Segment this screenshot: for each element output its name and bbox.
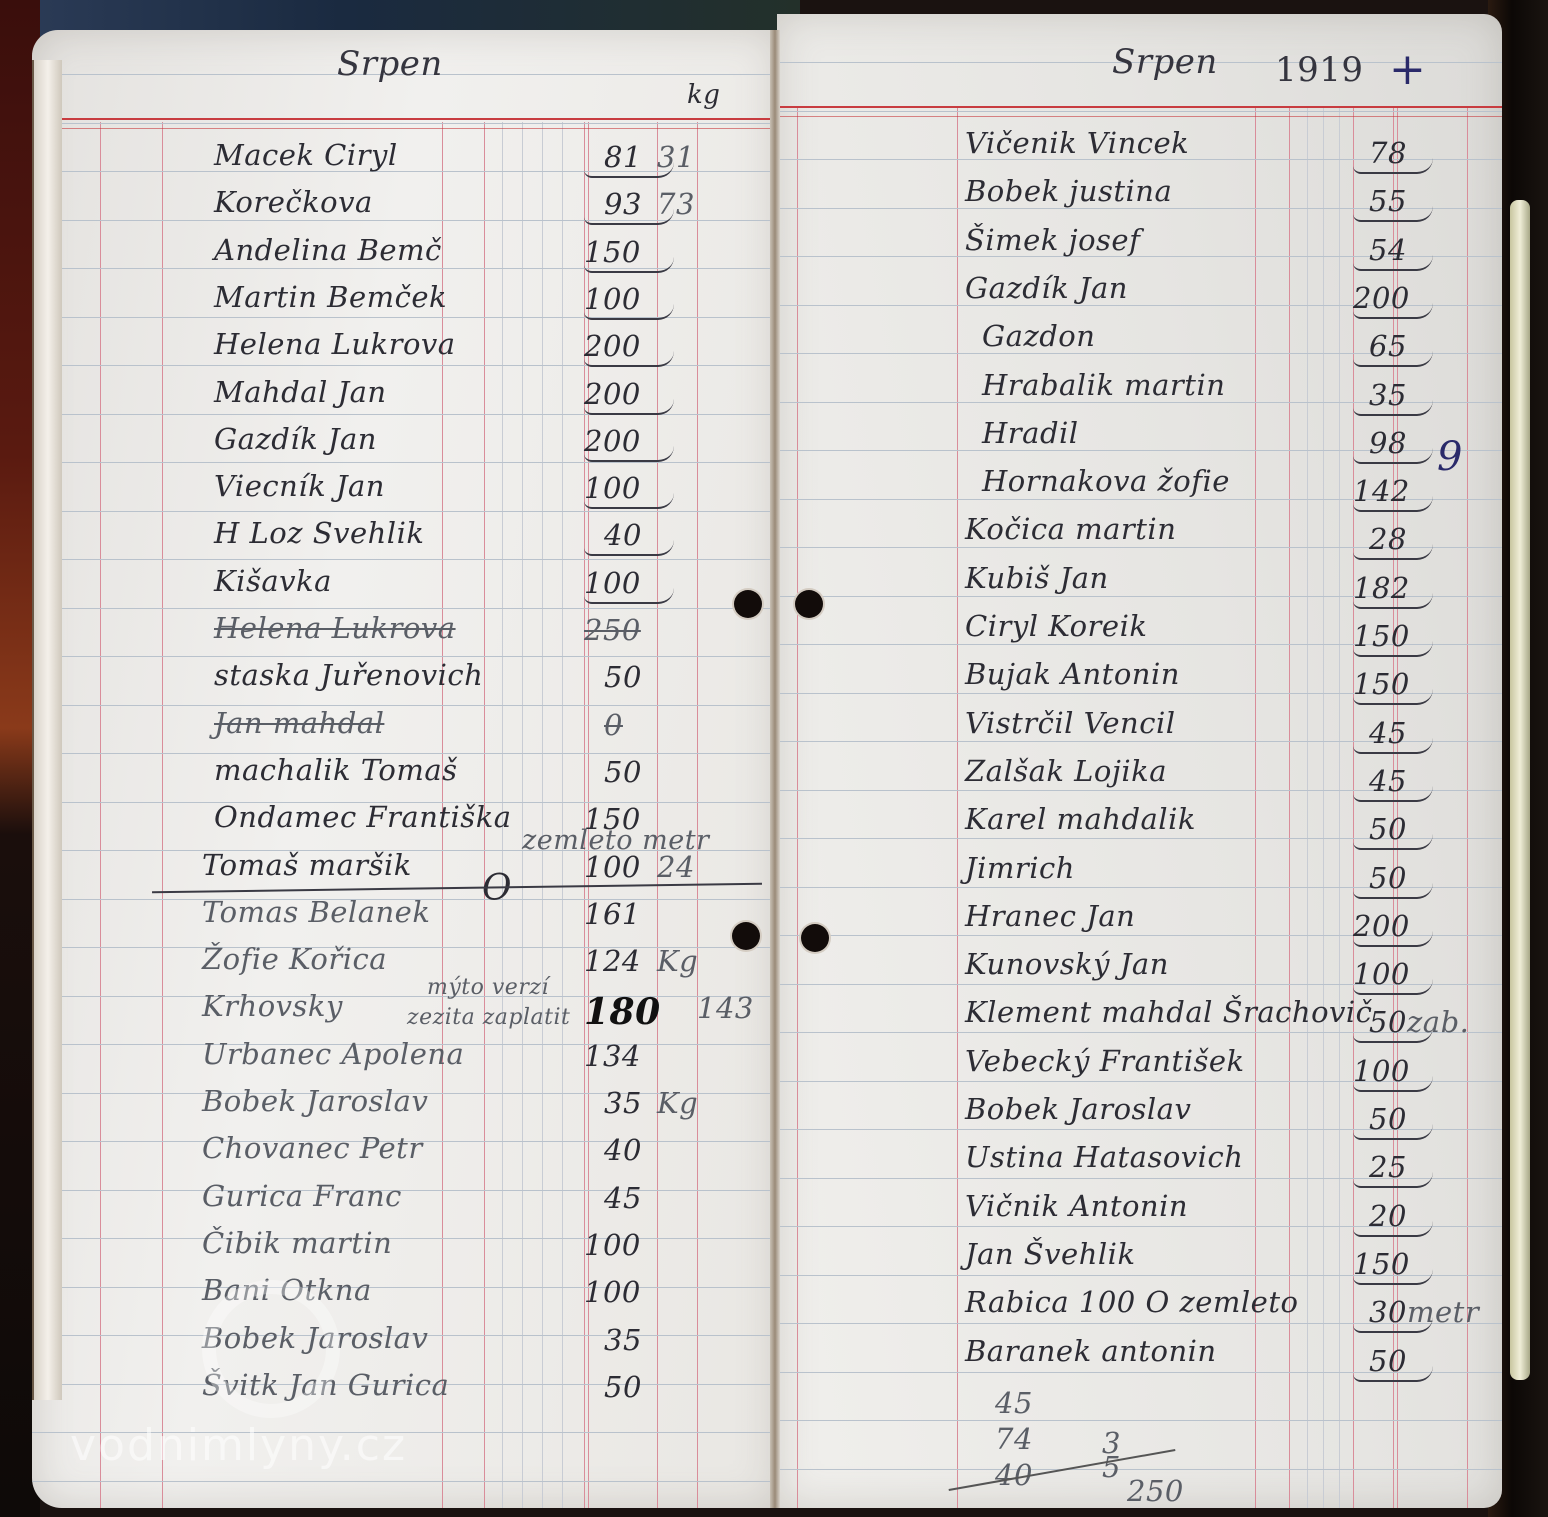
entry-amount: 35 <box>604 1323 642 1357</box>
entry-name: Rabica 100 O zemleto <box>965 1285 1298 1319</box>
entry-name: Žofie Kořica <box>202 942 387 976</box>
entry-amount: 50 <box>604 755 642 789</box>
amount-swash <box>1353 786 1433 802</box>
ruled-line <box>32 123 777 124</box>
ledger-page-right: Srpen 1919 + Vičenik Vincek78Bobek justi… <box>777 14 1502 1508</box>
amount-swash <box>1353 448 1433 464</box>
entry-name: Vičnik Antonin <box>965 1189 1188 1223</box>
entry-amount: 35 <box>604 1086 642 1120</box>
header-red-rule-thin <box>32 128 777 129</box>
amount-swash <box>1353 1366 1433 1382</box>
tally-number: 45 <box>995 1386 1033 1420</box>
entry-name: Macek Ciryl <box>214 138 398 172</box>
amount-swash <box>1353 979 1433 995</box>
amount-swash <box>1353 738 1433 754</box>
tally-number: 5 <box>1102 1450 1121 1484</box>
entry-name: Helena Lukrova <box>214 327 456 361</box>
entry-name: Kunovský Jan <box>965 947 1169 981</box>
watermark-text: vodnimlyny.cz <box>70 1420 407 1471</box>
right-page-year: 1919 <box>1275 50 1364 90</box>
column-rule <box>162 122 163 1508</box>
entry-amount: 100 <box>584 1228 641 1262</box>
amount-swash <box>1353 883 1433 899</box>
ruled-line <box>32 656 777 657</box>
entry-amount: 100 <box>584 1275 641 1309</box>
entry-name: Čibik martin <box>202 1226 392 1260</box>
entry-name: Klement mahdal Šrachovič <box>965 995 1372 1029</box>
amount-swash <box>1353 158 1433 174</box>
entry-name: Baranek antonin <box>965 1334 1217 1368</box>
punch-hole <box>801 924 829 952</box>
entry-name: Mahdal Jan <box>214 375 387 409</box>
cross-mark: + <box>1389 44 1426 95</box>
punch-hole <box>732 922 760 950</box>
column-rule <box>1353 106 1354 1508</box>
entry-name: H Loz Svehlik <box>214 516 424 550</box>
amount-swash <box>1353 1076 1433 1092</box>
entry-name: machalik Tomaš <box>214 753 458 787</box>
ruled-line <box>32 1481 777 1482</box>
entry-name: Tomas Belanek <box>202 895 430 929</box>
ruled-line <box>777 111 1502 112</box>
entry-name: Krhovsky <box>202 989 343 1023</box>
entry-amount: 180 <box>584 991 661 1033</box>
entry-name: Vebecký František <box>965 1044 1245 1078</box>
ledger-page-left: Srpen kg Macek Ciryl8131Korečkova9373And… <box>32 30 777 1508</box>
entry-name: Tomaš maršik <box>202 848 412 882</box>
entry-name: Bujak Antonin <box>965 657 1180 691</box>
amount-swash <box>1353 1124 1433 1140</box>
entry-name: Helena Lukrova <box>214 611 456 645</box>
entry-name: Šimek josef <box>965 223 1140 257</box>
bracket-mark: 9 <box>1437 434 1463 480</box>
ruled-line <box>32 511 777 512</box>
entry-amount: 50 <box>604 660 642 694</box>
entry-name: Ondamec Františka <box>214 800 512 834</box>
entry-name: Jan Švehlik <box>965 1237 1136 1271</box>
punch-hole <box>795 590 823 618</box>
page-fold-edge <box>32 60 62 1400</box>
entry-name: staska Juřenovich <box>214 658 483 692</box>
tally-number: 74 <box>995 1422 1033 1456</box>
amount-swash <box>584 257 674 273</box>
ruled-line <box>32 705 777 706</box>
entry-name: Vistrčil Vencil <box>965 706 1176 740</box>
entry-name: Karel mahdalik <box>965 802 1196 836</box>
amount-swash <box>1353 303 1433 319</box>
column-rule <box>957 106 958 1508</box>
header-red-rule <box>32 118 777 120</box>
ruled-line <box>32 1238 777 1239</box>
entry-name: Urbanec Apolena <box>202 1037 464 1071</box>
bookmark-strip <box>1510 200 1530 1380</box>
entry-extra: 73 <box>657 187 695 221</box>
entry-name: Hornakova žofie <box>982 464 1230 498</box>
column-subrule <box>542 122 543 1508</box>
ruled-line <box>32 1190 777 1191</box>
entry-name: Zalšak Lojika <box>965 754 1167 788</box>
header-red-rule <box>777 106 1502 108</box>
amount-swash <box>1353 351 1433 367</box>
entry-amount: 40 <box>604 1133 642 1167</box>
ruled-line <box>32 996 777 997</box>
entry-extra: 143 <box>697 991 754 1025</box>
entry-name: Kočica martin <box>965 512 1176 546</box>
zemleto-annotation: zemleto metr <box>522 825 709 856</box>
column-subrule <box>1323 106 1324 1508</box>
entry-name: Hradil <box>982 416 1079 450</box>
entry-name: Gazdík Jan <box>965 271 1128 305</box>
column-rule <box>100 122 101 1508</box>
ruled-line <box>32 559 777 560</box>
amount-swash <box>584 446 674 462</box>
entry-name: Gazdík Jan <box>214 422 377 456</box>
tally-number: 250 <box>1127 1474 1184 1508</box>
page-gutter <box>770 30 780 1508</box>
amount-swash <box>1353 834 1433 850</box>
entry-name: Korečkova <box>214 185 373 219</box>
entry-name: Bobek justina <box>965 174 1172 208</box>
amount-swash <box>584 351 674 367</box>
krhovsky-note-2: zezita zaplatit <box>407 1005 570 1030</box>
entry-name: Bobek Jaroslav <box>965 1092 1191 1126</box>
column-rule <box>697 122 698 1508</box>
amount-swash <box>584 540 674 556</box>
right-page-month-header: Srpen <box>1112 42 1218 82</box>
entry-note: metr <box>1407 1295 1479 1329</box>
entry-name: Gurica Franc <box>202 1179 402 1213</box>
entry-name: Kišavka <box>214 564 332 598</box>
entry-extra: Kg <box>657 944 698 978</box>
amount-swash <box>1353 593 1433 609</box>
entry-name: Gazdon <box>982 319 1095 353</box>
column-subrule <box>522 122 523 1508</box>
amount-swash <box>1353 544 1433 560</box>
amount-swash <box>584 493 674 509</box>
amount-swash <box>1353 1172 1433 1188</box>
amount-swash <box>1353 641 1433 657</box>
entry-name: Chovanec Petr <box>202 1131 423 1165</box>
amount-swash <box>1353 255 1433 271</box>
entry-amount: 0 <box>604 708 623 742</box>
entry-amount: 50 <box>604 1370 642 1404</box>
amount-swash <box>1353 206 1433 222</box>
krhovsky-note-1: mýto verzí <box>427 975 549 1000</box>
amount-swash <box>1353 400 1433 416</box>
column-subrule <box>1307 106 1308 1508</box>
ruled-line <box>32 462 777 463</box>
entry-amount: 124 <box>584 944 641 978</box>
entry-name: Bobek Jaroslav <box>202 1084 428 1118</box>
entry-name: Hrabalik martin <box>982 368 1225 402</box>
amount-swash <box>584 304 674 320</box>
ruled-line <box>777 1469 1502 1470</box>
column-rule <box>657 122 658 1508</box>
column-subrule <box>562 122 563 1508</box>
entry-name: Vičenik Vincek <box>965 126 1189 160</box>
entry-amount: 134 <box>584 1039 641 1073</box>
entry-name: Kubiš Jan <box>965 561 1109 595</box>
header-red-rule-thin <box>777 116 1502 117</box>
amount-swash <box>1353 1221 1433 1237</box>
entry-name: Hranec Jan <box>965 899 1135 933</box>
divider-stroke <box>152 883 762 894</box>
entry-amount: 161 <box>584 897 641 931</box>
amount-swash <box>584 588 674 604</box>
entry-name: Jimrich <box>965 851 1075 885</box>
amount-swash <box>584 399 674 415</box>
ruled-line <box>777 1420 1502 1421</box>
watermark-gear-icon <box>202 1280 340 1418</box>
amount-swash <box>1353 931 1433 947</box>
punch-hole <box>734 590 762 618</box>
entry-extra: 31 <box>657 140 695 174</box>
amount-swash <box>1353 496 1433 512</box>
ruled-line <box>32 414 777 415</box>
amount-swash <box>1353 689 1433 705</box>
entry-name: Jan mahdal <box>214 706 384 740</box>
entry-amount: 250 <box>584 613 641 647</box>
column-subrule <box>1339 106 1340 1508</box>
ruled-line <box>32 1287 777 1288</box>
left-page-month-header: Srpen <box>337 44 443 84</box>
unit-label-kg: kg <box>687 80 720 110</box>
entry-name: Viecník Jan <box>214 469 385 503</box>
entry-note: zab. <box>1407 1005 1469 1039</box>
entry-extra: Kg <box>657 1086 698 1120</box>
column-rule <box>797 106 798 1508</box>
entry-amount: 45 <box>604 1181 642 1215</box>
ruled-line <box>32 608 777 609</box>
entry-name: Ustina Hatasovich <box>965 1140 1243 1174</box>
entry-name: Martin Bemček <box>214 280 447 314</box>
amount-swash <box>1353 1269 1433 1285</box>
entry-name: Andelina Bemč <box>214 233 442 267</box>
entry-name: Ciryl Koreik <box>965 609 1147 643</box>
